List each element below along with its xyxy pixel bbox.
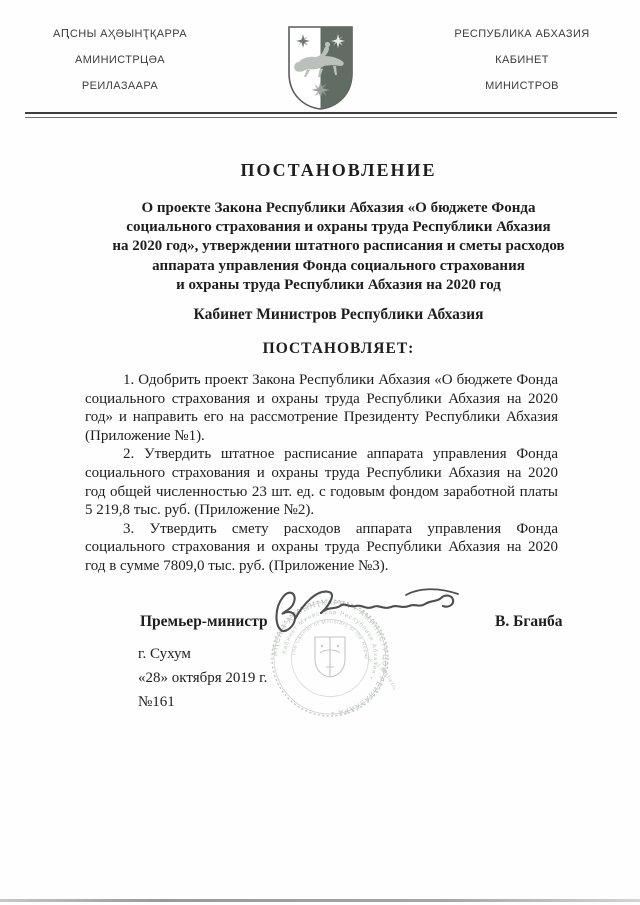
letterhead-russian: РЕСПУБЛИКА АБХАЗИЯ КАБИНЕТ МИНИСТРОВ	[419, 27, 625, 105]
signature-date: «28» октября 2019 г.	[138, 670, 267, 687]
letterhead-abkhaz: АԤСНЫ АҲӘЫНҬҚАРРА АМИНИСТРЦӘА РЕИЛАЗААРА	[17, 27, 223, 105]
scan-edge-shadow	[0, 899, 640, 902]
scanned-resolution-page: АԤСНЫ АҲӘЫНҬҚАРРА АМИНИСТРЦӘА РЕИЛАЗААРА	[0, 0, 640, 905]
subject-line-2: социального страхования и охраны труда Р…	[70, 218, 607, 237]
header-divider-rule	[25, 112, 617, 118]
subject-line-5: и охраны труда Республики Абхазия на 202…	[70, 276, 607, 295]
signer-name: В. Бганба	[495, 613, 563, 631]
letterhead-abkhaz-line-1: АԤСНЫ АҲӘЫНҬҚАРРА	[17, 27, 223, 53]
resolution-item-3: 3. Утвердить смету расходов аппарата упр…	[85, 520, 558, 576]
signature-autograph	[266, 585, 470, 639]
coat-of-arms-icon	[287, 25, 354, 111]
document-number: №161	[138, 694, 175, 711]
resolution-item-2: 2. Утвердить штатное расписание аппарата…	[85, 445, 558, 519]
signer-post: Премьер-министр	[140, 613, 268, 631]
document-subject: О проекте Закона Республики Абхазия «О б…	[70, 199, 607, 295]
subject-line-4: аппарата управления Фонда социального ст…	[70, 257, 607, 276]
resolves-heading: ПОСТАНОВЛЯЕТ:	[70, 340, 607, 358]
letterhead-russian-line-1: РЕСПУБЛИКА АБХАЗИЯ	[419, 27, 625, 53]
issuer-heading: Кабинет Министров Республики Абхазия	[70, 306, 607, 324]
stamp-center-shield	[315, 637, 345, 677]
document-type-title: ПОСТАНОВЛЕНИЕ	[70, 160, 607, 181]
letterhead-russian-line-3: МИНИСТРОВ	[419, 79, 625, 105]
subject-line-3: на 2020 год», утверждении штатного распи…	[70, 237, 607, 256]
resolution-item-1: 1. Одобрить проект Закона Республики Абх…	[85, 371, 558, 445]
subject-line-1: О проекте Закона Республики Абхазия «О б…	[70, 199, 607, 218]
resolution-body: 1. Одобрить проект Закона Республики Абх…	[85, 371, 558, 576]
letterhead-abkhaz-line-2: АМИНИСТРЦӘА	[17, 53, 223, 79]
signature-city: г. Сухум	[138, 646, 191, 663]
letterhead-russian-line-2: КАБИНЕТ	[419, 53, 625, 79]
letterhead-abkhaz-line-3: РЕИЛАЗААРА	[17, 79, 223, 105]
